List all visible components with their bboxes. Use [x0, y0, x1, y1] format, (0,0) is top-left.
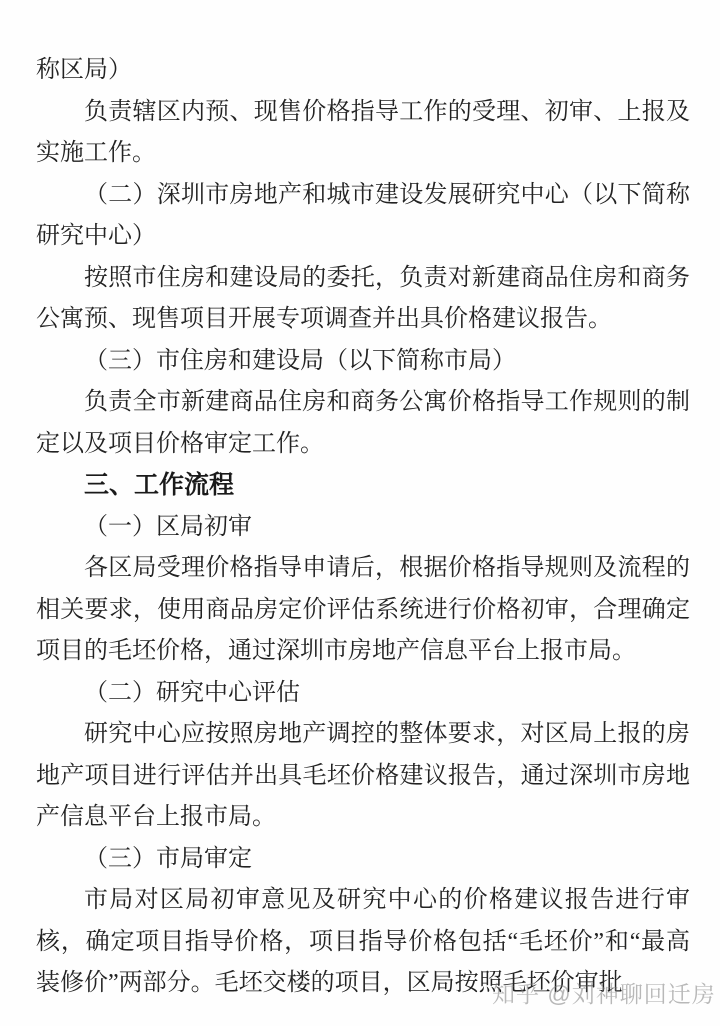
sub-heading: （一）区局初审 — [36, 507, 690, 549]
sub-heading: （三）市住房和建设局（以下简称市局） — [36, 341, 690, 383]
paragraph: 负责全市新建商品住房和商务公寓价格指导工作规则的制定以及项目价格审定工作。 — [36, 382, 690, 465]
sub-heading: （二）深圳市房地产和城市建设发展研究中心（以下简称研究中心） — [36, 175, 690, 258]
paragraph-continuation: 称区局） — [36, 50, 690, 92]
paragraph: 各区局受理价格指导申请后，根据价格指导规则及流程的相关要求，使用商品房定价评估系… — [36, 548, 690, 673]
section-heading: 三、工作流程 — [36, 465, 690, 507]
document-text-body: 称区局）负责辖区内预、现售价格指导工作的受理、初审、上报及实施工作。（二）深圳市… — [36, 50, 690, 1005]
sub-heading: （三）市局审定 — [36, 839, 690, 881]
document-page: 称区局）负责辖区内预、现售价格指导工作的受理、初审、上报及实施工作。（二）深圳市… — [0, 0, 720, 1026]
sub-heading: （二）研究中心评估 — [36, 673, 690, 715]
paragraph: 按照市住房和建设局的委托，负责对新建商品住房和商务公寓预、现售项目开展专项调查并… — [36, 258, 690, 341]
paragraph: 负责辖区内预、现售价格指导工作的受理、初审、上报及实施工作。 — [36, 92, 690, 175]
paragraph: 研究中心应按照房地产调控的整体要求，对区局上报的房地产项目进行评估并出具毛坯价格… — [36, 714, 690, 839]
paragraph: 市局对区局初审意见及研究中心的价格建议报告进行审核，确定项目指导价格，项目指导价… — [36, 880, 690, 1005]
